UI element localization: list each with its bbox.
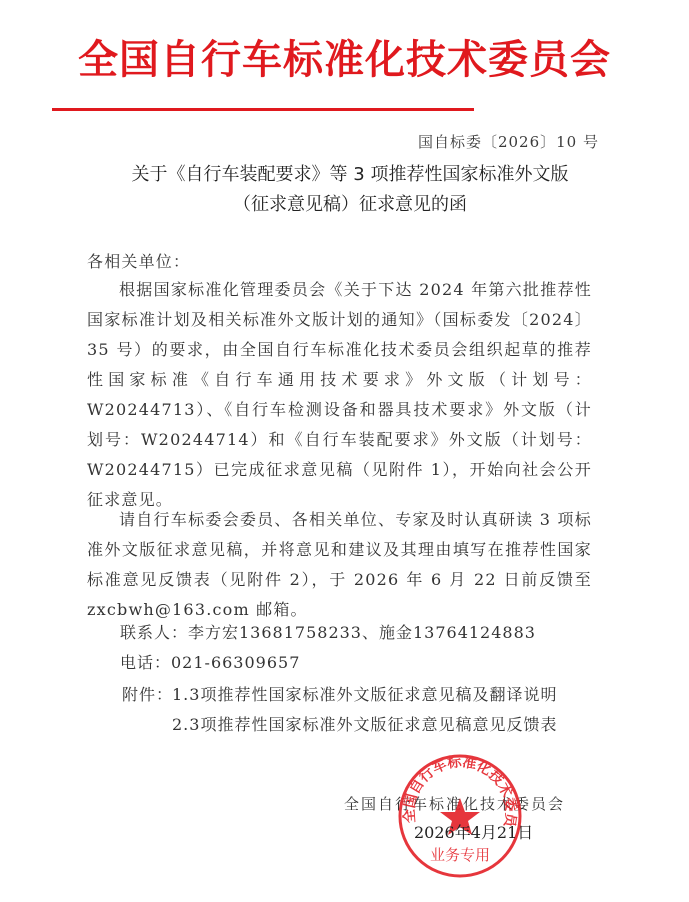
attachments-label: 附件：: [122, 682, 173, 705]
attachment-item-2: 2.3项推荐性国家标准外文版征求意见稿意见反馈表: [172, 712, 557, 735]
letterhead-organization: 全国自行车标准化技术委员会: [0, 30, 689, 90]
contact-phone: 电话：021-66309657: [120, 650, 300, 673]
signature-date: 2026年4月21日: [414, 820, 533, 843]
salutation: 各相关单位：: [87, 247, 592, 277]
title-line-1: 关于《自行车装配要求》等 3 项推荐性国家标准外文版: [70, 160, 630, 190]
document-number: 国自标委〔2026〕10 号: [418, 131, 599, 152]
official-seal-icon: 全国自行车标准化技术委员会 业务专用: [396, 752, 524, 880]
attachment-item-1: 1.3项推荐性国家标准外文版征求意见稿及翻译说明: [172, 682, 557, 705]
contact-persons: 联系人：李方宏13681758233、施金13764124883: [120, 620, 536, 643]
letterhead-divider: [52, 108, 474, 111]
body-paragraph-2: 请自行车标委会委员、各相关单位、专家及时认真研读 3 项标准外文版征求意见稿，并…: [87, 505, 592, 625]
svg-text:业务专用: 业务专用: [430, 846, 490, 864]
body-paragraph-1: 根据国家标准化管理委员会《关于下达 2024 年第六批推荐性国家标准计划及相关标…: [87, 275, 592, 515]
document-title: 关于《自行车装配要求》等 3 项推荐性国家标准外文版 （征求意见稿）征求意见的函: [70, 160, 630, 220]
title-line-2: （征求意见稿）征求意见的函: [70, 190, 630, 220]
